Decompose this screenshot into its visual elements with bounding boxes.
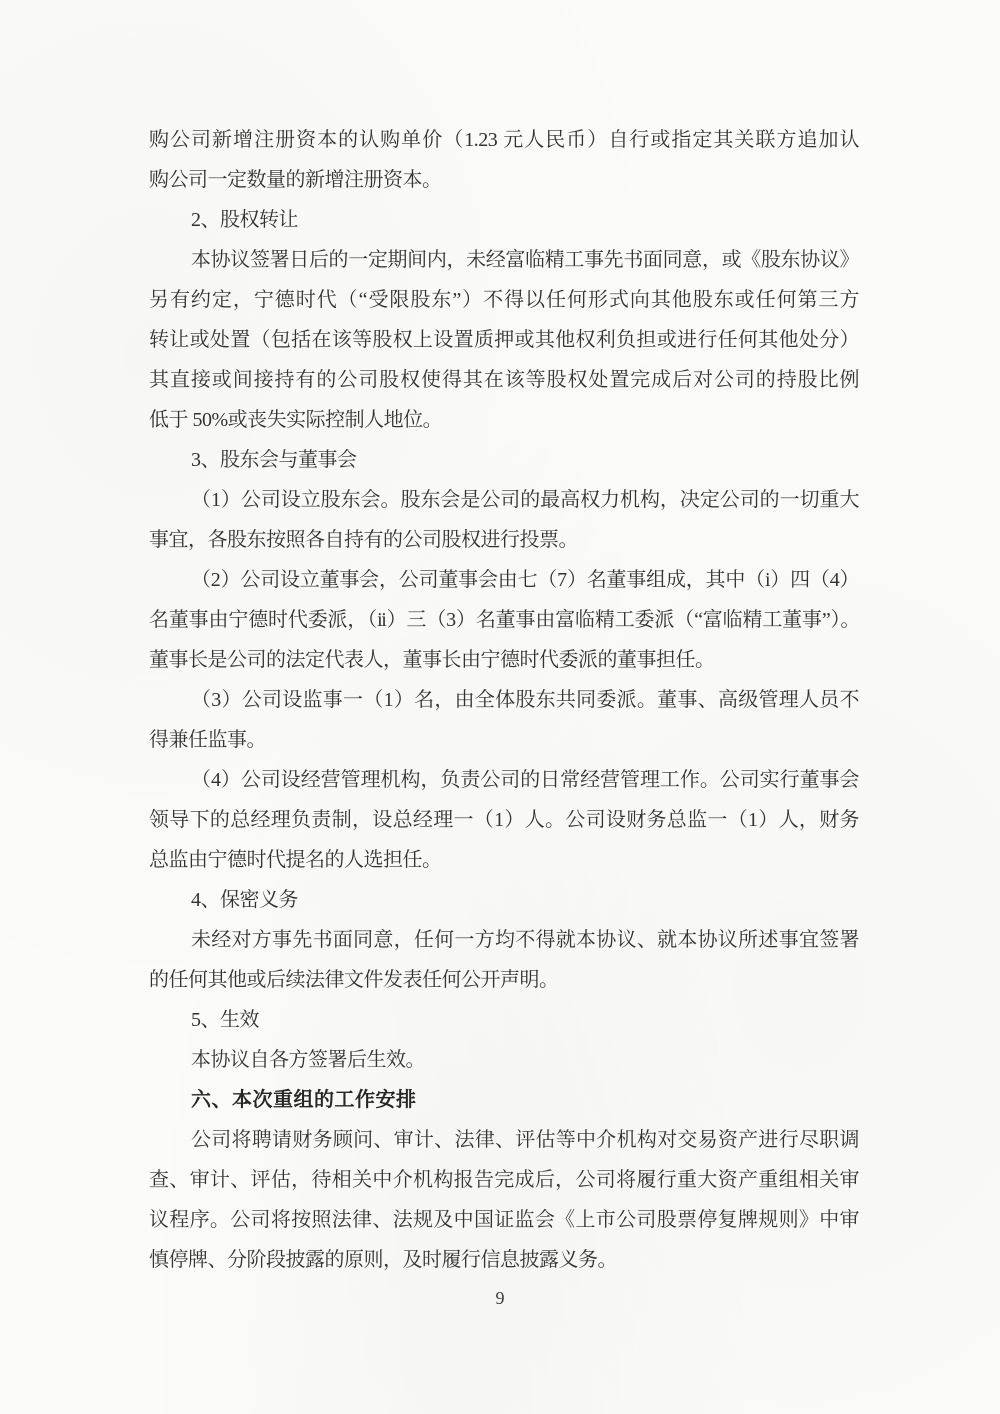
text-line: 购公司新增注册资本的认购单价（1.23 元人民币）自行或指定其关联方追加认 xyxy=(149,120,859,160)
section-6-heading: 六、本次重组的工作安排 xyxy=(149,1080,859,1120)
text-line: 低于 50%或丧失实际控制人地位。 xyxy=(149,400,859,440)
text-line: 领导下的总经理负责制，设总经理一（1）人。公司设财务总监一（1）人，财务 xyxy=(149,800,859,840)
page-number: 9 xyxy=(0,1283,1000,1313)
text-line: 事宜，各股东按照各自持有的公司股权进行投票。 xyxy=(149,520,859,560)
clause-3-heading: 3、股东会与董事会 xyxy=(149,440,859,480)
text-line: 名董事由宁德时代委派，（ii）三（3）名董事由富临精工委派（“富临精工董事”）。 xyxy=(149,600,859,640)
text-line: 总监由宁德时代提名的人选担任。 xyxy=(149,840,859,880)
text-line: （2）公司设立董事会，公司董事会由七（7）名董事组成，其中（i）四（4） xyxy=(149,560,859,600)
text-line: 购公司一定数量的新增注册资本。 xyxy=(149,160,859,200)
text-line: 转让或处置（包括在该等股权上设置质押或其他权利负担或进行任何其他处分） xyxy=(149,320,859,360)
text-line: 董事长是公司的法定代表人，董事长由宁德时代委派的董事担任。 xyxy=(149,640,859,680)
document-page: 购公司新增注册资本的认购单价（1.23 元人民币）自行或指定其关联方追加认 购公… xyxy=(0,0,1000,1414)
text-line: 另有约定，宁德时代（“受限股东”）不得以任何形式向其他股东或任何第三方 xyxy=(149,280,859,320)
text-line: 得兼任监事。 xyxy=(149,720,859,760)
text-line: 慎停牌、分阶段披露的原则，及时履行信息披露义务。 xyxy=(149,1240,859,1280)
clause-4-heading: 4、保密义务 xyxy=(149,880,859,920)
text-line: 议程序。公司将按照法律、法规及中国证监会《上市公司股票停复牌规则》中审 xyxy=(149,1200,859,1240)
text-line: 本协议签署日后的一定期间内，未经富临精工事先书面同意，或《股东协议》 xyxy=(149,240,859,280)
text-line: 的任何其他或后续法律文件发表任何公开声明。 xyxy=(149,960,859,1000)
text-line: 公司将聘请财务顾问、审计、法律、评估等中介机构对交易资产进行尽职调 xyxy=(149,1120,859,1160)
text-line: 其直接或间接持有的公司股权使得其在该等股权处置完成后对公司的持股比例 xyxy=(149,360,859,400)
clause-2-heading: 2、股权转让 xyxy=(149,200,859,240)
clause-5-heading: 5、生效 xyxy=(149,1000,859,1040)
text-line: （4）公司设经营管理机构，负责公司的日常经营管理工作。公司实行董事会 xyxy=(149,760,859,800)
text-line: 未经对方事先书面同意，任何一方均不得就本协议、就本协议所述事宜签署 xyxy=(149,920,859,960)
text-line: （3）公司设监事一（1）名，由全体股东共同委派。董事、高级管理人员不 xyxy=(149,680,859,720)
text-line: 查、审计、评估，待相关中介机构报告完成后，公司将履行重大资产重组相关审 xyxy=(149,1160,859,1200)
text-line: （1）公司设立股东会。股东会是公司的最高权力机构，决定公司的一切重大 xyxy=(149,480,859,520)
text-line: 本协议自各方签署后生效。 xyxy=(149,1040,859,1080)
document-body: 购公司新增注册资本的认购单价（1.23 元人民币）自行或指定其关联方追加认 购公… xyxy=(149,120,859,1280)
